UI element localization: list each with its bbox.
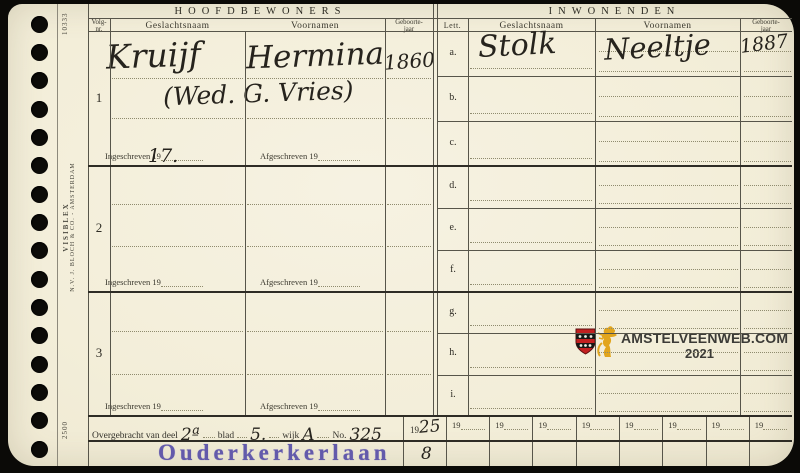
writing-line xyxy=(599,203,738,204)
inwonende-row: i. xyxy=(438,375,792,416)
writing-line xyxy=(744,185,791,186)
hoofdbewoner-row: 2 Ingeschreven 19 Afgeschreven 19 xyxy=(88,166,433,292)
table-rule xyxy=(245,31,246,416)
column-header-voornamen: Voornamen xyxy=(245,21,385,31)
writing-line xyxy=(470,325,592,326)
dotted-leader xyxy=(237,428,247,438)
dotted-leader xyxy=(677,420,701,430)
year-cell: 19 xyxy=(576,416,619,441)
writing-line xyxy=(247,374,383,375)
writing-line xyxy=(599,411,738,412)
inwonende-row: f. xyxy=(438,250,792,292)
dotted-leader xyxy=(161,277,203,287)
year-cell-label: 19 xyxy=(495,420,504,430)
lett-label: e. xyxy=(438,222,468,233)
writing-line xyxy=(470,242,592,243)
year-cell: 19 xyxy=(619,416,662,441)
table-rule xyxy=(385,18,386,416)
year-cell: 19 xyxy=(533,416,576,441)
volgnr-value: 2 xyxy=(88,220,110,236)
punch-hole xyxy=(31,186,48,203)
serial-number-bottom: 2500 xyxy=(61,405,69,439)
writing-line xyxy=(247,204,383,205)
writing-line xyxy=(112,204,243,205)
year-prefix: 19 xyxy=(410,425,419,435)
lett-label: g. xyxy=(438,306,468,317)
lett-label: d. xyxy=(438,180,468,191)
table-rule xyxy=(433,4,434,416)
printer-address: N.V. J. BLOCH & CO. - AMSTERDAM xyxy=(70,107,76,347)
writing-line xyxy=(744,161,791,162)
table-rule xyxy=(110,18,111,416)
dotted-leader xyxy=(203,428,215,438)
year-cell: 19 xyxy=(706,416,749,441)
hoofdbewoner-row: 1 Kruijf Hermina (Wed. G. Vries) 1860 In… xyxy=(88,31,433,166)
writing-line xyxy=(599,352,738,353)
punch-hole xyxy=(31,157,48,174)
writing-line xyxy=(744,287,791,288)
column-header-lett: Lett. xyxy=(437,21,468,30)
table-rule xyxy=(88,18,792,19)
writing-line xyxy=(247,246,383,247)
overgebracht-line: Overgebracht van deel 2ª blad 5. wijk A … xyxy=(92,417,404,441)
hoofdbewoner-row: 3 Ingeschreven 19 Afgeschreven 19 xyxy=(88,292,433,416)
inwonende-row: h. xyxy=(438,333,792,375)
punch-hole xyxy=(31,214,48,231)
writing-line xyxy=(599,245,738,246)
inwonende-row: a.StolkNeeltje1887 xyxy=(438,31,792,76)
year-cell-label: 19 xyxy=(668,420,677,430)
writing-line xyxy=(112,246,243,247)
writing-line xyxy=(599,71,738,72)
dotted-leader xyxy=(720,420,744,430)
writing-line xyxy=(112,78,243,79)
writing-line xyxy=(744,352,791,353)
writing-line xyxy=(599,328,738,329)
column-header-geslachtsnaam: Geslachtsnaam xyxy=(110,21,245,31)
punch-hole xyxy=(31,44,48,61)
voornamen-entry: Hermina xyxy=(246,39,385,75)
afgeschreven-label: Afgeschreven 19 xyxy=(260,401,360,411)
writing-line xyxy=(470,408,592,409)
writing-line xyxy=(387,78,431,79)
year-cell-label: 19 xyxy=(755,420,764,430)
geboortejaar-entry: 1887 xyxy=(739,32,789,57)
writing-line xyxy=(599,393,738,394)
year-cell: 19 xyxy=(446,416,489,441)
lett-label: a. xyxy=(438,47,468,58)
writing-line xyxy=(599,370,738,371)
ingeschreven-year-entry: 17. xyxy=(148,147,178,166)
year-cell-label: 19 xyxy=(625,420,634,430)
dotted-leader xyxy=(590,420,614,430)
year-cell-label: 19 xyxy=(582,420,591,430)
writing-line xyxy=(744,141,791,142)
dotted-leader xyxy=(504,420,528,430)
margin-rule xyxy=(57,4,58,466)
printer-name: VISIBLEX xyxy=(62,107,70,347)
writing-line xyxy=(744,203,791,204)
street-name-stamp: Ouderkerkerlaan xyxy=(158,440,391,466)
writing-line xyxy=(247,118,383,119)
afgeschreven-label: Afgeschreven 19 xyxy=(260,151,360,161)
writing-line xyxy=(112,331,243,332)
serial-number-top: 10333 xyxy=(61,1,69,35)
lett-label: i. xyxy=(438,389,468,400)
year-cell-label: 19 xyxy=(712,420,721,430)
writing-line xyxy=(599,116,738,117)
dotted-leader xyxy=(318,401,360,411)
writing-line xyxy=(744,310,791,311)
dotted-leader xyxy=(634,420,658,430)
writing-line xyxy=(599,310,738,311)
punch-hole xyxy=(31,101,48,118)
writing-line xyxy=(744,116,791,117)
table-rule xyxy=(88,4,89,466)
writing-line xyxy=(744,328,791,329)
afgeschreven-label: Afgeschreven 19 xyxy=(260,277,360,287)
inwonende-row: c. xyxy=(438,121,792,166)
punch-hole xyxy=(31,129,48,146)
geslachtsnaam-entry: Stolk xyxy=(477,29,557,63)
punch-hole xyxy=(31,356,48,373)
dotted-leader xyxy=(461,420,485,430)
writing-line xyxy=(744,370,791,371)
punch-hole xyxy=(31,242,48,259)
writing-line xyxy=(744,393,791,394)
printer-imprint: VISIBLEX N.V. J. BLOCH & CO. - AMSTERDAM xyxy=(62,107,76,347)
writing-line xyxy=(112,118,243,119)
writing-line xyxy=(387,118,431,119)
writing-line xyxy=(470,284,592,285)
year-cell: 19 xyxy=(662,416,705,441)
punch-hole xyxy=(31,72,48,89)
year-cell-label: 19 xyxy=(539,420,548,430)
card: 10333 2500 VISIBLEX N.V. J. BLOCH & CO. … xyxy=(8,4,794,466)
writing-line xyxy=(599,227,738,228)
dotted-leader xyxy=(317,428,329,438)
inwonende-row: e. xyxy=(438,208,792,250)
punch-hole xyxy=(31,384,48,401)
writing-line xyxy=(744,245,791,246)
dotted-leader xyxy=(318,277,360,287)
section-title-inwonenden: INWONENDEN xyxy=(437,6,792,17)
volgnr-value: 1 xyxy=(88,90,110,106)
writing-line xyxy=(744,71,791,72)
lett-label: c. xyxy=(438,137,468,148)
writing-line xyxy=(599,96,738,97)
voornamen-entry: Neeltje xyxy=(603,30,711,65)
writing-line xyxy=(387,331,431,332)
writing-line xyxy=(470,113,592,114)
writing-line xyxy=(470,158,592,159)
geslachtsnaam-entry: Kruijf xyxy=(105,37,201,73)
lett-label: f. xyxy=(438,264,468,275)
year-cell-label: 19 xyxy=(452,420,461,430)
dotted-leader xyxy=(547,420,571,430)
house-number-entry: 8 xyxy=(421,446,432,463)
punch-hole xyxy=(31,327,48,344)
writing-line xyxy=(599,141,738,142)
punch-hole xyxy=(31,441,48,458)
writing-line xyxy=(247,78,383,79)
year-cell: 19 xyxy=(749,416,792,441)
writing-line xyxy=(387,374,431,375)
inwonende-row: b. xyxy=(438,76,792,121)
writing-line xyxy=(599,185,738,186)
inwonende-row: d. xyxy=(438,166,792,208)
dotted-leader xyxy=(269,428,279,438)
writing-line xyxy=(744,227,791,228)
writing-line xyxy=(599,269,738,270)
punch-hole xyxy=(31,299,48,316)
volgnr-value: 3 xyxy=(88,345,110,361)
inwonende-row: g. xyxy=(438,292,792,333)
writing-line xyxy=(599,287,738,288)
geboortejaar-entry: 1860 xyxy=(383,49,435,73)
ingeschreven-label: Ingeschreven 19 xyxy=(105,277,203,287)
writing-line xyxy=(112,374,243,375)
dotted-leader xyxy=(161,401,203,411)
dotted-leader xyxy=(763,420,787,430)
ingeschreven-label: Ingeschreven 19 xyxy=(105,401,203,411)
writing-line xyxy=(744,269,791,270)
lett-label: h. xyxy=(438,347,468,358)
writing-line xyxy=(470,367,592,368)
writing-line xyxy=(470,200,592,201)
writing-line xyxy=(387,246,431,247)
scanned-register-card: 10333 2500 VISIBLEX N.V. J. BLOCH & CO. … xyxy=(0,0,800,473)
writing-line xyxy=(247,331,383,332)
dotted-leader xyxy=(318,151,360,161)
punch-hole xyxy=(31,271,48,288)
writing-line xyxy=(387,204,431,205)
writing-line xyxy=(744,411,791,412)
year-entry: 25 xyxy=(418,418,441,437)
writing-line xyxy=(470,68,592,69)
year-cell: 19 xyxy=(489,416,532,441)
lett-label: b. xyxy=(438,92,468,103)
punch-hole xyxy=(31,16,48,33)
weduwe-annotation: (Wed. G. Vries) xyxy=(163,78,354,110)
writing-line xyxy=(599,161,738,162)
section-title-hoofdbewoners: HOOFDBEWONERS xyxy=(88,6,433,17)
writing-line xyxy=(744,96,791,97)
punch-hole xyxy=(31,412,48,429)
